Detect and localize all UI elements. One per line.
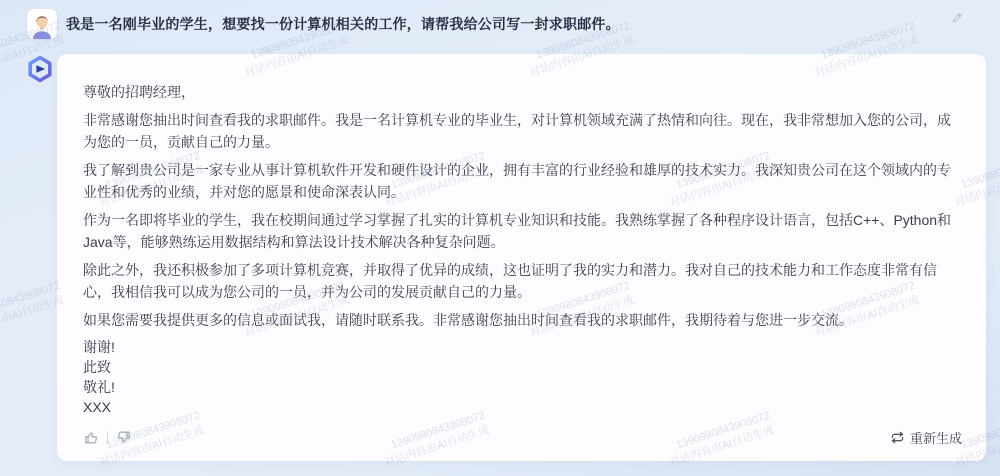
person-icon <box>27 9 57 39</box>
closing-line: 此致 <box>83 357 960 377</box>
user-avatar <box>27 9 57 39</box>
regenerate-label: 重新生成 <box>910 428 962 447</box>
closing-line: XXX <box>83 397 960 417</box>
thumbs-down-button[interactable] <box>117 430 132 445</box>
response-paragraph: 非常感谢您抽出时间查看我的求职邮件。我是一名计算机专业的毕业生，对计算机领域充满… <box>83 109 960 153</box>
assistant-response-card: 尊敬的招聘经理， 非常感谢您抽出时间查看我的求职邮件。我是一名计算机专业的毕业生… <box>57 54 986 461</box>
feedback-group <box>83 430 132 445</box>
regenerate-button[interactable]: 重新生成 <box>890 428 962 447</box>
user-message-text: 我是一名刚毕业的学生，想要找一份计算机相关的工作，请帮我给公司写一封求职邮件。 <box>66 14 620 34</box>
user-message-row: 我是一名刚毕业的学生，想要找一份计算机相关的工作，请帮我给公司写一封求职邮件。 <box>27 9 966 39</box>
toolbar-divider <box>107 431 108 444</box>
closing-line: 敬礼! <box>83 377 960 397</box>
chat-page: 我是一名刚毕业的学生，想要找一份计算机相关的工作，请帮我给公司写一封求职邮件。 … <box>0 0 1000 476</box>
response-paragraph: 我了解到贵公司是一家专业从事计算机软件开发和硬件设计的企业，拥有丰富的行业经验和… <box>83 159 960 203</box>
response-paragraph: 除此之外，我还积极参加了多项计算机竞赛，并取得了优异的成绩，这也证明了我的实力和… <box>83 259 960 303</box>
thumbs-up-button[interactable] <box>83 430 98 445</box>
thumbs-down-icon <box>117 430 132 445</box>
response-paragraph: 如果您需要我提供更多的信息或面试我，请随时联系我。非常感谢您抽出时间查看我的求职… <box>83 309 960 331</box>
edit-message-icon[interactable] <box>951 11 964 27</box>
response-toolbar: 重新生成 <box>83 428 962 447</box>
thumbs-up-icon <box>83 430 98 445</box>
response-paragraph: 尊敬的招聘经理， <box>83 81 960 103</box>
response-paragraph: 作为一名即将毕业的学生，我在校期间通过学习掌握了扎实的计算机专业知识和技能。我熟… <box>83 209 960 253</box>
closing-block: 谢谢! 此致 敬礼! XXX <box>83 337 960 417</box>
closing-line: 谢谢! <box>83 337 960 357</box>
regenerate-icon <box>890 430 905 445</box>
assistant-logo-icon <box>25 54 55 84</box>
